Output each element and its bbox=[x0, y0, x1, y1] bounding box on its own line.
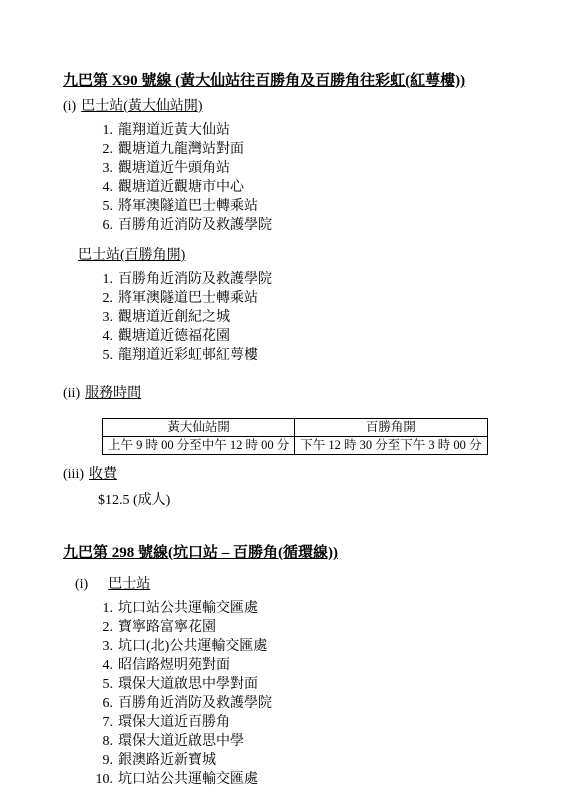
stop-name: 百勝角近消防及救護學院 bbox=[118, 270, 272, 289]
stop-list-item: 3.觀塘道近創紀之城 bbox=[91, 308, 516, 327]
stop-name: 龍翔道近黃大仙站 bbox=[118, 121, 230, 140]
stop-number: 3. bbox=[91, 159, 113, 178]
stop-number: 4. bbox=[91, 327, 113, 346]
stop-name: 百勝角近消防及救護學院 bbox=[118, 216, 272, 235]
section-index-i: (i) bbox=[75, 575, 88, 594]
stop-list-item: 2.將軍澳隧道巴士轉乘站 bbox=[91, 289, 516, 308]
x90-return-stop-list: 1.百勝角近消防及救護學院2.將軍澳隧道巴士轉乘站3.觀塘道近創紀之城4.觀塘道… bbox=[91, 270, 516, 365]
stop-list-item: 3.觀塘道近牛頭角站 bbox=[91, 159, 516, 178]
stop-number: 6. bbox=[91, 216, 113, 235]
stop-list-item: 1.坑口站公共運輸交匯處 bbox=[91, 599, 516, 618]
stop-name: 坑口站公共運輸交匯處 bbox=[118, 599, 258, 618]
stop-list-item: 3.坑口(北)公共運輸交匯處 bbox=[91, 637, 516, 656]
stop-number: 1. bbox=[91, 599, 113, 618]
stop-list-item: 1.百勝角近消防及救護學院 bbox=[91, 270, 516, 289]
stop-name: 觀塘道近牛頭角站 bbox=[118, 159, 230, 178]
stop-list-item: 2.寶寧路富寧花園 bbox=[91, 618, 516, 637]
stop-list-item: 4.觀塘道近觀塘市中心 bbox=[91, 178, 516, 197]
stop-number: 9. bbox=[91, 751, 113, 770]
stop-number: 6. bbox=[91, 694, 113, 713]
value-cell-pak-shing-kok: 下午 12 時 30 分至下午 3 時 00 分 bbox=[295, 437, 487, 455]
stop-number: 3. bbox=[91, 308, 113, 327]
route-298-stops-section-line: (i)巴士站 bbox=[63, 575, 516, 594]
stop-number: 10. bbox=[91, 770, 113, 789]
stop-list-item: 4.昭信路煜明苑對面 bbox=[91, 656, 516, 675]
x90-fare-heading: 收費 bbox=[89, 467, 117, 482]
stop-number: 2. bbox=[91, 618, 113, 637]
stop-list-item: 6.百勝角近消防及救護學院 bbox=[91, 216, 516, 235]
stop-list-item: 7.環保大道近百勝角 bbox=[91, 713, 516, 732]
stop-number: 1. bbox=[91, 270, 113, 289]
x90-fare-amount: $12.5 (成人) bbox=[98, 491, 516, 510]
stop-name: 觀塘道近觀塘市中心 bbox=[118, 178, 244, 197]
x90-service-hours-section-line: (ii)服務時間 bbox=[63, 384, 516, 403]
service-hours-header-row: 黃大仙站開 百勝角開 bbox=[103, 419, 488, 437]
stop-list-item: 1.龍翔道近黃大仙站 bbox=[91, 121, 516, 140]
stop-number: 4. bbox=[91, 656, 113, 675]
x90-outbound-stop-list: 1.龍翔道近黃大仙站2.觀塘道九龍灣站對面3.觀塘道近牛頭角站4.觀塘道近觀塘市… bbox=[91, 121, 516, 235]
stop-number: 4. bbox=[91, 178, 113, 197]
value-cell-wong-tai-sin: 上午 9 時 00 分至中午 12 時 00 分 bbox=[103, 437, 295, 455]
header-cell-pak-shing-kok: 百勝角開 bbox=[295, 419, 487, 437]
stop-list-item: 5.環保大道啟思中學對面 bbox=[91, 675, 516, 694]
stop-list-item: 10.坑口站公共運輸交匯處 bbox=[91, 770, 516, 789]
stop-list-item: 9.銀澳路近新寶城 bbox=[91, 751, 516, 770]
stop-name: 環保大道近啟思中學 bbox=[118, 732, 244, 751]
route-298-title: 九巴第 298 號線(坑口站 – 百勝角(循環線)) bbox=[63, 544, 516, 562]
route-x90-title: 九巴第 X90 號線 (黃大仙站往百勝角及百勝角往彩虹(紅萼樓)) bbox=[63, 72, 516, 90]
route-298-stops-heading: 巴士站 bbox=[108, 577, 150, 592]
stop-list-item: 5.將軍澳隧道巴士轉乘站 bbox=[91, 197, 516, 216]
stop-name: 百勝角近消防及救護學院 bbox=[118, 694, 272, 713]
stop-list-item: 2.觀塘道九龍灣站對面 bbox=[91, 140, 516, 159]
stop-name: 銀澳路近新寶城 bbox=[118, 751, 216, 770]
stop-name: 將軍澳隧道巴士轉乘站 bbox=[118, 197, 258, 216]
stop-number: 2. bbox=[91, 140, 113, 159]
stop-name: 寶寧路富寧花園 bbox=[118, 618, 216, 637]
x90-fare-section-line: (iii)收費 bbox=[63, 465, 516, 484]
x90-service-hours-heading: 服務時間 bbox=[85, 386, 141, 401]
stop-number: 2. bbox=[91, 289, 113, 308]
stop-name: 將軍澳隧道巴士轉乘站 bbox=[118, 289, 258, 308]
stop-number: 1. bbox=[91, 121, 113, 140]
section-index-iii: (iii) bbox=[63, 465, 84, 484]
header-cell-wong-tai-sin: 黃大仙站開 bbox=[103, 419, 295, 437]
document-page: 九巴第 X90 號線 (黃大仙站往百勝角及百勝角往彩虹(紅萼樓)) (i)巴士站… bbox=[0, 0, 566, 800]
stop-name: 環保大道啟思中學對面 bbox=[118, 675, 258, 694]
stop-number: 5. bbox=[91, 675, 113, 694]
stop-name: 龍翔道近彩虹邨紅萼樓 bbox=[118, 346, 258, 365]
stop-number: 3. bbox=[91, 637, 113, 656]
stop-number: 5. bbox=[91, 346, 113, 365]
route-298-stop-list: 1.坑口站公共運輸交匯處2.寶寧路富寧花園3.坑口(北)公共運輸交匯處4.昭信路… bbox=[91, 599, 516, 789]
stop-name: 觀塘道九龍灣站對面 bbox=[118, 140, 244, 159]
stop-name: 觀塘道近德福花園 bbox=[118, 327, 230, 346]
stop-number: 8. bbox=[91, 732, 113, 751]
service-hours-value-row: 上午 9 時 00 分至中午 12 時 00 分 下午 12 時 30 分至下午… bbox=[103, 437, 488, 455]
stop-name: 坑口(北)公共運輸交匯處 bbox=[118, 637, 267, 656]
section-index-i: (i) bbox=[63, 97, 76, 116]
stop-name: 觀塘道近創紀之城 bbox=[118, 308, 230, 327]
x90-stops-section-line: (i)巴士站(黃大仙站開) bbox=[63, 97, 516, 116]
x90-return-stops-heading: 巴士站(百勝角開) bbox=[78, 246, 516, 265]
stop-number: 5. bbox=[91, 197, 113, 216]
section-index-ii: (ii) bbox=[63, 384, 80, 403]
stop-list-item: 6.百勝角近消防及救護學院 bbox=[91, 694, 516, 713]
stop-name: 昭信路煜明苑對面 bbox=[118, 656, 230, 675]
service-hours-table: 黃大仙站開 百勝角開 上午 9 時 00 分至中午 12 時 00 分 下午 1… bbox=[102, 418, 488, 455]
stop-name: 坑口站公共運輸交匯處 bbox=[118, 770, 258, 789]
stop-list-item: 4.觀塘道近德福花園 bbox=[91, 327, 516, 346]
stop-list-item: 5.龍翔道近彩虹邨紅萼樓 bbox=[91, 346, 516, 365]
stop-list-item: 8.環保大道近啟思中學 bbox=[91, 732, 516, 751]
stop-name: 環保大道近百勝角 bbox=[118, 713, 230, 732]
x90-outbound-stops-heading: 巴士站(黃大仙站開) bbox=[81, 99, 202, 114]
stop-number: 7. bbox=[91, 713, 113, 732]
